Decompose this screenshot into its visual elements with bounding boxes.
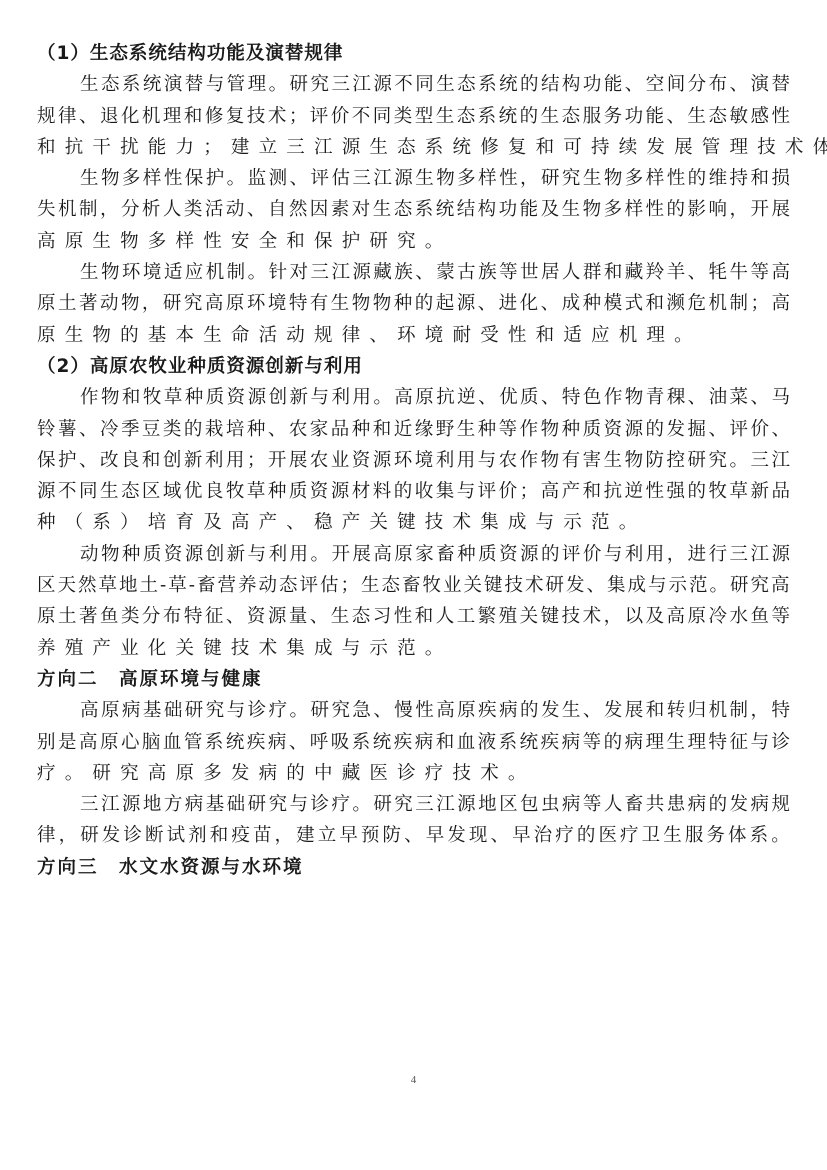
text-line: 种（系）培育及高产、稳产关键技术集成与示范。 (37, 507, 790, 538)
text-line: 三江源地方病基础研究与诊疗。研究三江源地区包虫病等人畜共患病的发病规 (37, 789, 790, 820)
text-line: 原土著鱼类分布特征、资源量、生态习性和人工繁殖关键技术，以及高原冷水鱼等 (37, 601, 790, 632)
direction-heading-3: 方向三 水文水资源与水环境 (37, 852, 790, 883)
text-line: 原生物的基本生命活动规律、环境耐受性和适应机理。 (37, 320, 790, 351)
text-line: 别是高原心脑血管系统疾病、呼吸系统疾病和血液系统疾病等的病理生理特征与诊 (37, 727, 790, 758)
text-line: 生物环境适应机制。针对三江源藏族、蒙古族等世居人群和藏羚羊、牦牛等高 (37, 257, 790, 288)
section-heading-1: （1）生态系统结构功能及演替规律 (37, 38, 790, 69)
paragraph-animal-germplasm: 动物种质资源创新与利用。开展高原家畜种质资源的评价与利用，进行三江源 区天然草地… (37, 539, 790, 664)
page-number: 4 (0, 1074, 827, 1086)
text-line: 和抗干扰能力；建立三江源生态系统修复和可持续发展管理技术体系。 (37, 132, 790, 163)
text-line: 生物多样性保护。监测、评估三江源生物多样性，研究生物多样性的维持和损 (37, 163, 790, 194)
text-line: 失机制，分析人类活动、自然因素对生态系统结构功能及生物多样性的影响，开展 (37, 194, 790, 225)
paragraph-crop-germplasm: 作物和牧草种质资源创新与利用。高原抗逆、优质、特色作物青稞、油菜、马 铃薯、冷季… (37, 382, 790, 538)
section-heading-2: （2）高原农牧业种质资源创新与利用 (37, 351, 790, 382)
text-line: 区天然草地土-草-畜营养动态评估；生态畜牧业关键技术研发、集成与示范。研究高 (37, 570, 790, 601)
text-line: 动物种质资源创新与利用。开展高原家畜种质资源的评价与利用，进行三江源 (37, 539, 790, 570)
paragraph-biodiversity: 生物多样性保护。监测、评估三江源生物多样性，研究生物多样性的维持和损 失机制，分… (37, 163, 790, 257)
paragraph-endemic-disease: 三江源地方病基础研究与诊疗。研究三江源地区包虫病等人畜共患病的发病规 律，研发诊… (37, 789, 790, 852)
paragraph-altitude-sickness: 高原病基础研究与诊疗。研究急、慢性高原疾病的发生、发展和转归机制，特 别是高原心… (37, 695, 790, 789)
text-line: 律，研发诊断试剂和疫苗，建立早预防、早发现、早治疗的医疗卫生服务体系。 (37, 820, 790, 851)
document-page: （1）生态系统结构功能及演替规律 生态系统演替与管理。研究三江源不同生态系统的结… (37, 38, 790, 883)
text-line: 保护、改良和创新利用；开展农业资源环境利用与农作物有害生物防控研究。三江 (37, 445, 790, 476)
text-line: 源不同生态区域优良牧草种质资源材料的收集与评价；高产和抗逆性强的牧草新品 (37, 476, 790, 507)
text-line: 生态系统演替与管理。研究三江源不同生态系统的结构功能、空间分布、演替 (37, 69, 790, 100)
direction-heading-2: 方向二 高原环境与健康 (37, 664, 790, 695)
paragraph-ecosystem-succession: 生态系统演替与管理。研究三江源不同生态系统的结构功能、空间分布、演替 规律、退化… (37, 69, 790, 163)
text-line: 原土著动物，研究高原环境特有生物物种的起源、进化、成种模式和濒危机制；高 (37, 288, 790, 319)
text-line: 高原病基础研究与诊疗。研究急、慢性高原疾病的发生、发展和转归机制，特 (37, 695, 790, 726)
paragraph-adaptation: 生物环境适应机制。针对三江源藏族、蒙古族等世居人群和藏羚羊、牦牛等高 原土著动物… (37, 257, 790, 351)
text-line: 铃薯、冷季豆类的栽培种、农家品种和近缘野生种等作物种质资源的发掘、评价、 (37, 414, 790, 445)
text-line: 作物和牧草种质资源创新与利用。高原抗逆、优质、特色作物青稞、油菜、马 (37, 382, 790, 413)
text-line: 养殖产业化关键技术集成与示范。 (37, 633, 790, 664)
text-line: 疗。研究高原多发病的中藏医诊疗技术。 (37, 758, 790, 789)
text-line: 规律、退化机理和修复技术；评价不同类型生态系统的生态服务功能、生态敏感性 (37, 101, 790, 132)
text-line: 高原生物多样性安全和保护研究。 (37, 226, 790, 257)
